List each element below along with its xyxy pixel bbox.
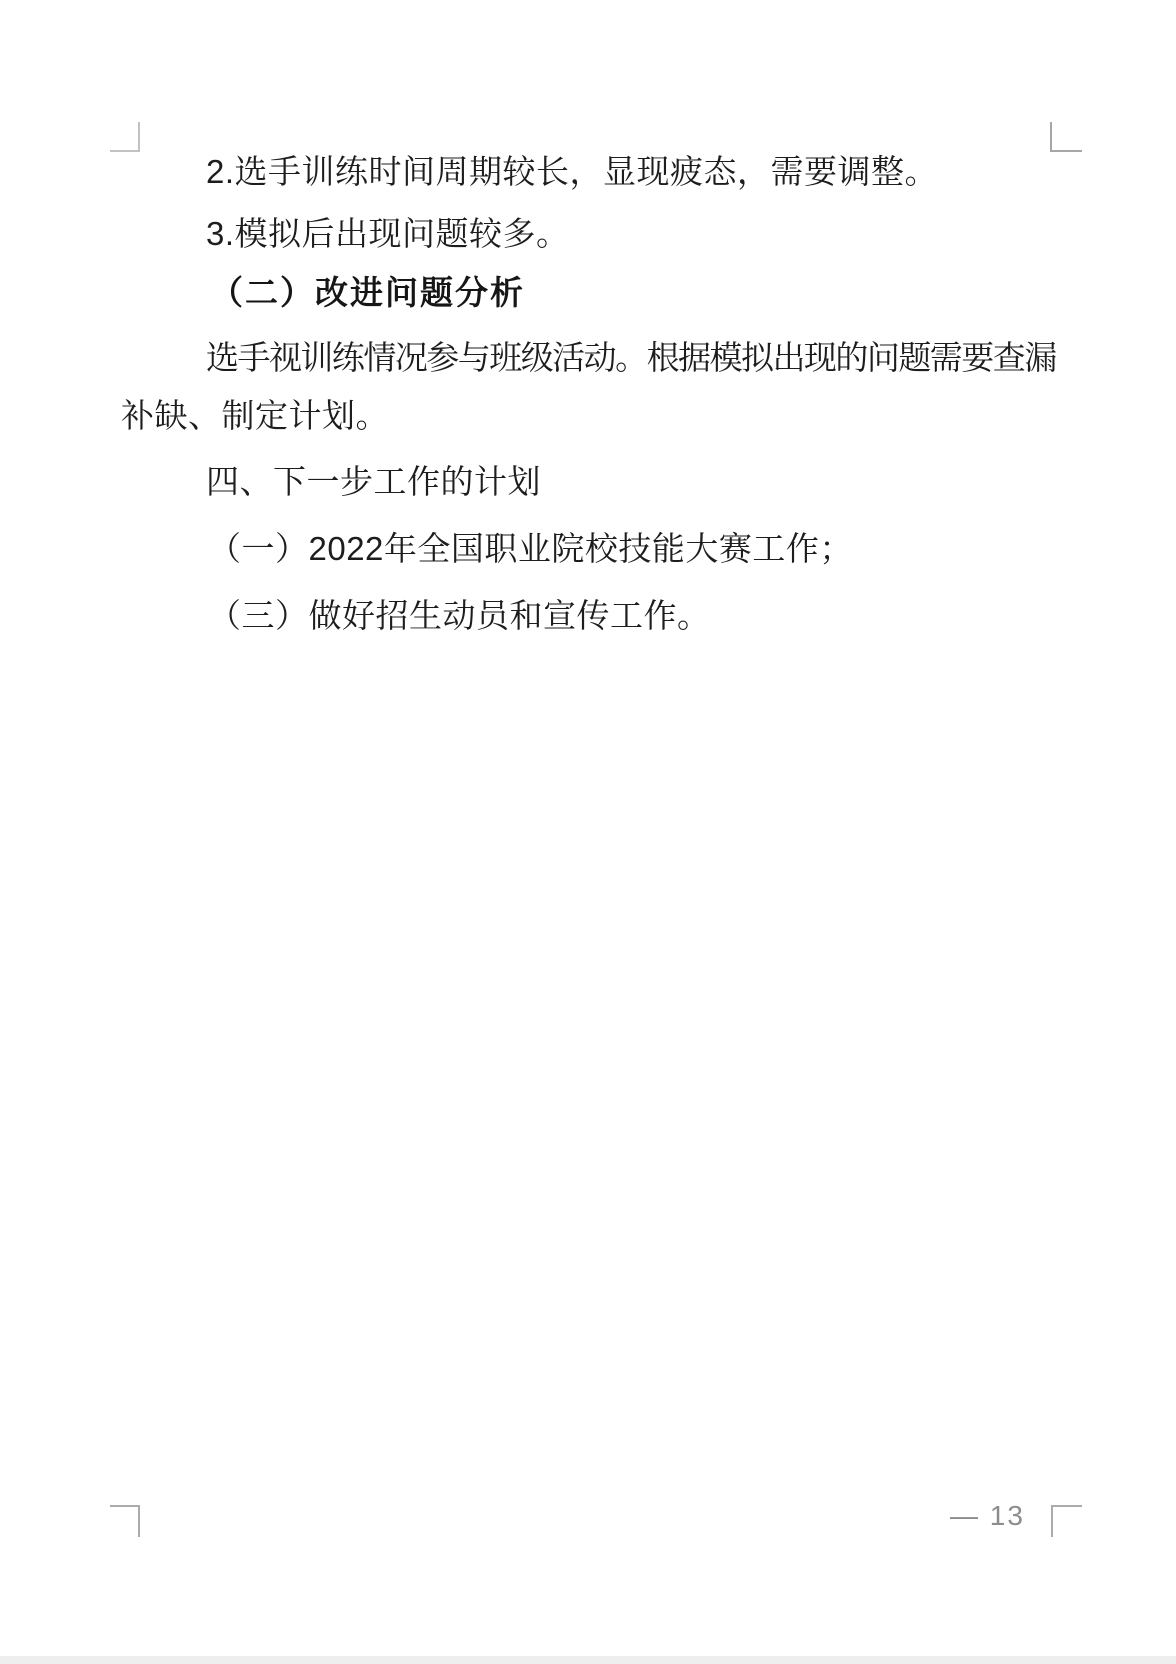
section-heading-four: 四、下一步工作的计划 [206, 462, 541, 502]
crop-mark-bottom-right-icon [1051, 1505, 1082, 1537]
list-item-3: 3.模拟后出现问题较多。 [206, 214, 570, 254]
page-edge-strip [0, 1656, 1176, 1664]
list-item-2: 2.选手训练时间周期较长，显现疲态，需要调整。 [206, 152, 938, 192]
crop-mark-bottom-left-icon [110, 1505, 140, 1537]
sub-item-one: （一）2022年全国职业院校技能大赛工作； [208, 529, 853, 569]
crop-mark-top-left-icon [110, 122, 140, 152]
document-page: 2.选手训练时间周期较长，显现疲态，需要调整。 3.模拟后出现问题较多。 （二）… [0, 0, 1176, 1664]
footer-page-number: — 13 [950, 1500, 1025, 1532]
paragraph-line-2: 补缺、制定计划。 [121, 396, 389, 436]
sub-item-three: （三）做好招生动员和宣传工作。 [208, 596, 711, 636]
crop-mark-top-right-icon [1050, 122, 1082, 152]
section-heading-two: （二）改进问题分析 [210, 274, 525, 314]
paragraph-line-1: 选手视训练情况参与班级活动。根据模拟出现的问题需要查漏 [206, 338, 1055, 378]
